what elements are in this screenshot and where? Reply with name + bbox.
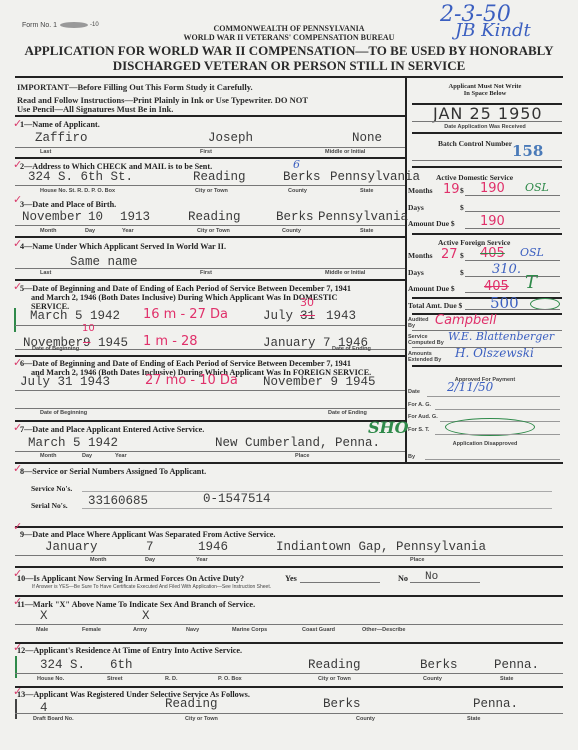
option-marine-corps: Marine Corps — [232, 627, 267, 633]
caption-month: Month — [90, 557, 107, 563]
caption-day: Day — [85, 228, 95, 234]
section-9-label: 9—Date and Place Where Applicant Was Sep… — [20, 530, 275, 539]
caption-city: City or Town — [318, 676, 351, 682]
mail-city[interactable]: Reading — [193, 170, 246, 184]
total-label: Total Amt. Due $ — [408, 301, 462, 310]
extended-signature: H. Olszewski — [455, 346, 534, 360]
residence-house[interactable]: 324 S. — [40, 658, 85, 672]
rule — [15, 279, 405, 281]
applicant-middle-name[interactable]: None — [352, 131, 382, 145]
draft-board-city[interactable]: Reading — [165, 697, 218, 711]
caption-first: First — [200, 149, 212, 155]
foreign-end[interactable]: November 9 1945 — [263, 375, 376, 389]
mail-street[interactable]: 324 S. 6th St. — [28, 170, 133, 184]
foreign-months-label: Months — [408, 251, 433, 260]
applicant-last-name[interactable]: Zaffiro — [35, 131, 88, 145]
separation-year[interactable]: 1946 — [198, 540, 228, 554]
application-form: Form No. 1 -10 COMMONWEALTH OF PENNSYLVA… — [0, 0, 578, 750]
serial-numbers-label: Serial No's. — [31, 501, 68, 510]
rule — [15, 673, 563, 674]
foreign-days-value: 310. — [492, 262, 521, 277]
foreign-amount-label: Amount Due $ — [408, 284, 455, 293]
service-name[interactable]: Same name — [70, 255, 138, 269]
caption-county: County — [423, 676, 442, 682]
caption-year: Year — [115, 453, 127, 459]
rule — [15, 595, 563, 597]
caption-city: City or Town — [197, 228, 230, 234]
rule — [412, 160, 562, 161]
draft-board-state[interactable]: Penna. — [473, 697, 518, 711]
green-annotation: SHO — [368, 418, 409, 437]
caption-date-begin: Date of Beginning — [32, 346, 79, 352]
domestic-months-value: 19 — [443, 182, 460, 197]
option-army: Army — [133, 627, 147, 633]
instruction-line-3: Use Pencil—All Signatures Must Be in Ink… — [17, 104, 173, 114]
extended-label: Amounts Extended By — [408, 351, 448, 363]
by-label: By — [408, 454, 415, 460]
residence-street[interactable]: 6th — [110, 658, 133, 672]
domestic-begin-1[interactable]: March 5 1942 — [30, 309, 120, 323]
dollar-sign: $ — [460, 203, 464, 212]
foreign-months-note: OSL — [520, 246, 544, 259]
foreign-months-value: 27 — [441, 247, 458, 262]
received-caption: Date Application Was Received — [410, 124, 560, 130]
rule — [15, 157, 405, 159]
domestic-duration-2: 1 m - 28 — [143, 334, 198, 349]
mark-male[interactable]: X — [40, 609, 48, 623]
entry-place[interactable]: New Cumberland, Penna. — [215, 436, 380, 450]
caption-date-end: Date of Ending — [332, 346, 371, 352]
caption-po-box: P. O. Box — [218, 676, 242, 682]
rule — [15, 624, 563, 625]
caption-day: Day — [145, 557, 155, 563]
rule — [412, 365, 562, 367]
section-1-label: 1—Name of Applicant. — [20, 120, 100, 129]
service-numbers-label: Service No's. — [31, 484, 72, 493]
caption-state: State — [360, 188, 373, 194]
rule — [435, 434, 560, 435]
rule — [15, 713, 563, 714]
caption-city: City or Town — [195, 188, 228, 194]
draft-board-county[interactable]: Berks — [323, 697, 361, 711]
serial-number-1[interactable]: 33160685 — [88, 494, 148, 508]
caption-state: State — [467, 716, 480, 722]
instruction-line-1: IMPORTANT—Before Filling Out This Form S… — [17, 82, 253, 92]
birth-month[interactable]: November — [22, 210, 82, 224]
rule — [15, 408, 405, 409]
section-11-label: 11—Mark "X" Above Name To Indicate Sex A… — [17, 600, 255, 609]
caption-state: State — [500, 676, 513, 682]
rule — [465, 309, 560, 310]
entry-date[interactable]: March 5 1942 — [28, 436, 118, 450]
rule — [15, 185, 405, 186]
caption-last: Last — [40, 270, 51, 276]
mail-county[interactable]: Berks — [283, 170, 321, 184]
form-title-line-1: APPLICATION FOR WORLD WAR II COMPENSATIO… — [0, 43, 578, 59]
domestic-months-amount: 190 — [480, 181, 505, 196]
rule — [15, 115, 405, 117]
caption-first: First — [200, 270, 212, 276]
domestic-end-day-struck-1: 31 — [300, 309, 315, 323]
rule — [15, 236, 405, 238]
panel-title-2: In Space Below — [410, 90, 560, 97]
caption-street: House No. St. R. D. P. O. Box — [40, 188, 115, 194]
rule — [15, 451, 405, 452]
rule — [15, 555, 563, 556]
section-3-label: 3—Date and Place of Birth. — [20, 200, 116, 209]
domestic-months-label: Months — [408, 186, 433, 195]
section-7-label: 7—Date and Place Applicant Entered Activ… — [20, 425, 204, 434]
disapproved-title: Application Disapproved — [410, 441, 560, 447]
no-label: No — [398, 574, 408, 583]
caption-county: County — [282, 228, 301, 234]
section-8-label: 8—Service or Serial Numbers Assigned To … — [20, 467, 206, 476]
for-st-label: For S. T. — [408, 427, 429, 433]
section-5-label-1: 5—Date of Beginning and Date of Ending o… — [20, 284, 351, 293]
computed-signature: W.E. Blattenberger — [448, 330, 554, 343]
applicant-first-name[interactable]: Joseph — [208, 131, 253, 145]
section-4-label: 4—Name Under Which Applicant Served In W… — [20, 242, 226, 251]
computed-label: Service Computed By — [408, 334, 448, 346]
caption-middle: Middle or Initial — [325, 270, 365, 276]
foreign-duration: 27 mo - 10 Da — [145, 373, 238, 388]
section-6-label-1: 6—Date of Beginning and Date of Ending o… — [20, 359, 351, 368]
birth-county[interactable]: Berks — [276, 210, 314, 224]
caption-state: State — [360, 228, 373, 234]
option-other: Other—Describe — [362, 627, 405, 633]
serial-number-2[interactable]: 0-1547514 — [203, 492, 271, 506]
birth-year[interactable]: 1913 — [120, 210, 150, 224]
rule — [15, 390, 405, 391]
domestic-amount-value: 190 — [480, 214, 505, 229]
approval-date: 2/11/50 — [447, 380, 493, 394]
mark-army[interactable]: X — [142, 609, 150, 623]
residence-city[interactable]: Reading — [308, 658, 361, 672]
batch-number: 158 — [512, 142, 543, 160]
domestic-begin-year-2[interactable]: 1945 — [98, 336, 128, 350]
rule — [82, 491, 552, 492]
caption-draft-board: Draft Board No. — [33, 716, 74, 722]
caption-middle: Middle or Initial — [325, 149, 365, 155]
domestic-end-day-corrected-1: 30 — [300, 296, 314, 309]
domestic-end-month-1[interactable]: July — [263, 309, 293, 323]
for-aud-g-label: For Aud. G. — [408, 414, 438, 420]
caption-house: House No. — [37, 676, 64, 682]
rule — [465, 228, 560, 229]
date-label: Date — [408, 389, 420, 395]
section-10-label: 10—Is Applicant Now Serving In Armed For… — [17, 574, 244, 583]
separation-day[interactable]: 7 — [146, 540, 154, 554]
option-male: Male — [36, 627, 48, 633]
rule — [425, 459, 560, 460]
rule — [412, 166, 562, 168]
mail-state[interactable]: Pennsylvania — [330, 170, 420, 184]
dollar-sign: $ — [460, 268, 464, 277]
caption-year: Year — [122, 228, 134, 234]
green-bracket — [15, 656, 17, 678]
birth-state[interactable]: Pennsylvania — [318, 210, 408, 224]
domestic-end-year-1[interactable]: 1943 — [326, 309, 356, 323]
caption-place: Place — [295, 453, 309, 459]
rule — [15, 325, 405, 326]
caption-county: County — [356, 716, 375, 722]
rule — [412, 121, 562, 122]
dollar-sign: $ — [460, 251, 464, 260]
rule — [412, 233, 562, 235]
handwritten-initials: JB Kindt — [455, 20, 531, 41]
rule — [15, 420, 405, 422]
rule — [15, 268, 405, 269]
caption-day: Day — [82, 453, 92, 459]
section-12-label: 12—Applicant's Residence At Time of Entr… — [17, 646, 242, 655]
rule — [15, 225, 405, 226]
separation-place[interactable]: Indiantown Gap, Pennsylvania — [276, 540, 486, 554]
batch-label: Batch Control Number — [438, 139, 512, 148]
audited-label: Audited By — [408, 317, 430, 329]
residence-state[interactable]: Penna. — [494, 658, 539, 672]
caption-month: Month — [40, 453, 57, 459]
green-bracket — [14, 308, 16, 332]
birth-day[interactable]: 10 — [88, 210, 103, 224]
domestic-amount-label: Amount Due $ — [408, 219, 455, 228]
green-initials: T — [525, 272, 537, 293]
caption-county: County — [288, 188, 307, 194]
rule — [465, 260, 560, 261]
yes-label: Yes — [285, 574, 297, 583]
rule — [410, 582, 480, 583]
caption-date-begin: Date of Beginning — [40, 410, 87, 416]
rule — [412, 132, 562, 134]
bracket-mark — [15, 699, 17, 719]
option-navy: Navy — [186, 627, 199, 633]
rule — [465, 211, 560, 212]
separation-month[interactable]: January — [45, 540, 98, 554]
caption-street: Street — [107, 676, 123, 682]
rule — [435, 409, 560, 410]
section-10-note: If Answer is YES—Be Sure To Have Certifi… — [32, 584, 271, 590]
option-coast-guard: Coast Guard — [302, 627, 335, 633]
foreign-days-label: Days — [408, 268, 424, 277]
domestic-months-note: OSL — [525, 181, 549, 194]
domestic-duration-1: 16 m - 27 Da — [143, 307, 228, 322]
audited-signature: Campbell — [435, 313, 496, 328]
form-title-line-2: DISCHARGED VETERAN OR PERSON STILL IN SE… — [0, 58, 578, 74]
rule — [15, 566, 563, 568]
header-rule — [15, 76, 563, 78]
panel-divider — [405, 76, 407, 464]
domestic-begin-day-struck-2: 9 — [83, 336, 91, 350]
rule — [15, 147, 405, 148]
caption-last: Last — [40, 149, 51, 155]
domestic-begin-day-corrected-2: 10 — [82, 323, 95, 334]
foreign-months-amount-struck: 405 — [480, 246, 505, 261]
rule — [15, 355, 405, 357]
caption-place: Place — [410, 557, 424, 563]
caption-month: Month — [40, 228, 57, 234]
panel-title-1: Applicant Must Not Write — [410, 83, 560, 90]
rule — [82, 508, 552, 509]
for-ag-label: For A. G. — [408, 402, 431, 408]
rule — [15, 642, 563, 644]
caption-rd: R. D. — [165, 676, 178, 682]
foreign-begin[interactable]: July 31 1943 — [20, 375, 110, 389]
rule — [465, 276, 560, 277]
caption-city: City or Town — [185, 716, 218, 722]
rule — [427, 396, 560, 397]
rule — [465, 195, 560, 196]
yes-field[interactable] — [300, 582, 380, 583]
domestic-days-label: Days — [408, 203, 424, 212]
rule — [15, 462, 563, 464]
option-female: Female — [82, 627, 101, 633]
caption-date-end: Date of Ending — [328, 410, 367, 416]
rule — [15, 686, 563, 688]
section-5-label-2: and March 2, 1946 (Both Dates Inclusive)… — [31, 293, 337, 302]
caption-year: Year — [196, 557, 208, 563]
rule — [15, 526, 563, 528]
residence-county[interactable]: Berks — [420, 658, 458, 672]
birth-city[interactable]: Reading — [188, 210, 241, 224]
rule — [465, 292, 560, 293]
dollar-sign: $ — [460, 186, 464, 195]
